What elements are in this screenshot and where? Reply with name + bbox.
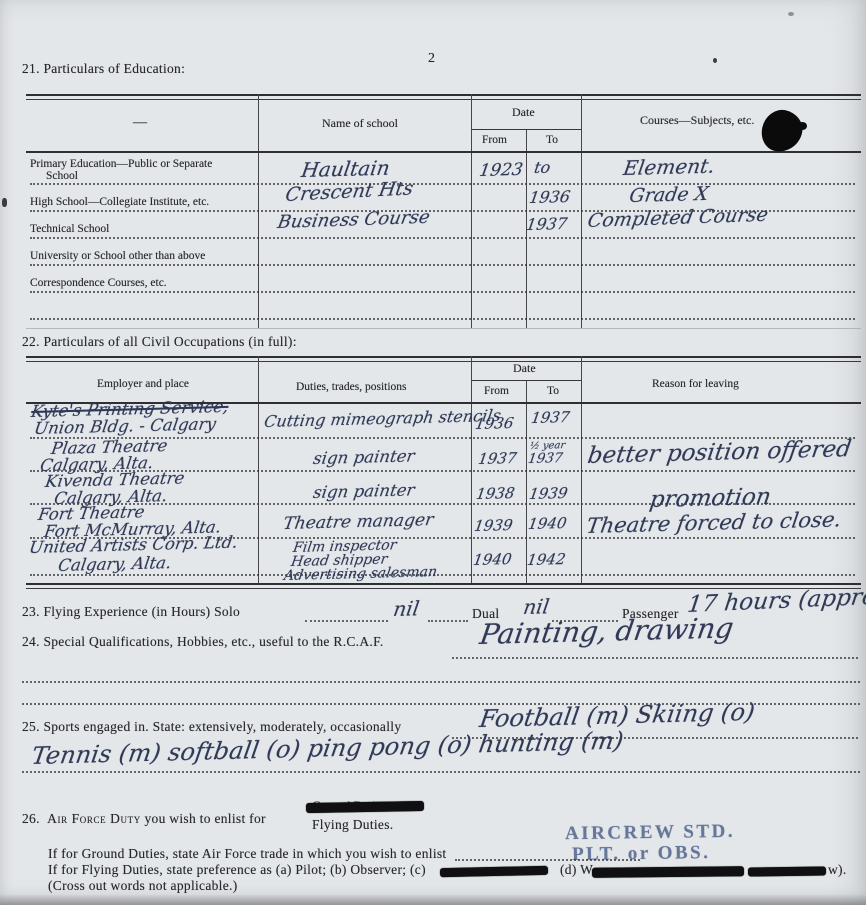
hw-duties5-line3: Advertising salesman	[283, 565, 438, 583]
s24-rule-dots	[22, 681, 860, 683]
occ-header-from: From	[484, 385, 509, 397]
ed-header-school: Name of school	[322, 117, 398, 130]
s26-choice: Flying Duties.	[312, 818, 393, 832]
s25-bottom-dots	[22, 771, 860, 773]
hw-employer1-line2: Union Bldg. - Calgary	[33, 416, 217, 437]
hw-courses-highschool: Grade X	[628, 185, 710, 206]
ink-blot	[758, 106, 806, 155]
occ-header-date: Date	[513, 362, 536, 375]
hw-school-highschool: Crescent Hts	[284, 179, 415, 205]
hw-to4: 1940	[527, 516, 568, 532]
hw-solo-value: nil	[392, 598, 421, 619]
hw-from1: 1936	[474, 416, 515, 432]
ink-speck	[713, 58, 717, 63]
section26-label: 26. Air Force Duty you wish to enlist fo…	[22, 812, 266, 826]
hw-reason2: better position offered	[586, 438, 853, 468]
hw-sports-line2: Tennis (m) softball (o) ping pong (o) hu…	[30, 729, 625, 768]
ed-row-line	[30, 183, 855, 185]
s26-tail-fragment: w).	[828, 863, 847, 877]
hw-date-from-primary: 1923	[478, 162, 524, 180]
hw-courses-technical: Completed Course	[586, 206, 769, 231]
occ-table-bottom-rule	[26, 583, 861, 589]
ed-header-courses: Courses—Subjects, etc.	[640, 114, 754, 127]
ed-row-highschool-label: High School—Collegiate Institute, etc.	[30, 196, 209, 208]
hw-from5: 1940	[472, 552, 513, 568]
s24-dots	[452, 657, 858, 659]
scan-bottom-shadow	[0, 894, 866, 905]
section24-label: 24. Special Qualifications, Hobbies, etc…	[22, 635, 384, 649]
ed-row-primary-label: Primary Education—Public or Separate	[30, 158, 212, 170]
occ-header-to: To	[547, 385, 559, 397]
section22-title: 22. Particulars of all Civil Occupations…	[22, 335, 297, 349]
blackout-bar	[592, 866, 744, 878]
ed-header-dash: —	[133, 116, 147, 131]
blackout-bar	[440, 866, 548, 877]
hw-date-to-technical: 1937	[525, 216, 568, 233]
section23-label: 23. Flying Experience (in Hours) Solo	[22, 605, 240, 619]
section26-label-rest: you wish to enlist for	[141, 811, 266, 826]
s23-dots	[428, 620, 468, 622]
ed-row-line	[30, 318, 855, 320]
hw-employer5-line2: Calgary, Alta.	[57, 555, 173, 574]
hw-from2: 1937	[477, 451, 518, 467]
hw-from4: 1939	[473, 518, 514, 534]
ed-row-primary-label2: School	[46, 170, 78, 182]
hw-duties3: sign painter	[312, 482, 416, 501]
hw-school-technical: Business Course	[276, 209, 431, 232]
ed-table-bottom-line	[26, 328, 861, 329]
occ-header-employer: Employer and place	[97, 378, 189, 390]
ed-row-correspondence-label: Correspondence Courses, etc.	[30, 277, 167, 289]
hw-duties1: Cutting mimeograph stencils	[263, 408, 502, 430]
ed-header-to: To	[546, 134, 558, 146]
ink-speck	[788, 12, 794, 16]
hw-duties4: Theatre manager	[282, 512, 435, 533]
ed-table-top-rule	[26, 94, 861, 100]
hw-dual-value: nil	[522, 596, 551, 617]
hw-courses-primary: Element.	[622, 156, 716, 178]
scanned-enlistment-form-page: 2 21. Particulars of Education: — Name o…	[0, 0, 866, 905]
occ-row-line	[30, 574, 855, 576]
s26-d-fragment: (d) W	[560, 863, 593, 877]
hw-to2: 1937	[527, 452, 564, 466]
section25-label: 25. Sports engaged in. State: extensivel…	[22, 720, 401, 734]
occ-header-reason: Reason for leaving	[652, 378, 739, 390]
section21-title: 21. Particulars of Education:	[22, 62, 185, 76]
s26-flying-line: If for Flying Duties, state preference a…	[48, 863, 426, 877]
hw-reason3: promotion	[648, 486, 772, 512]
hw-reason4: Theatre forced to close.	[585, 509, 843, 537]
section26-label-smallcaps: Air Force Duty	[47, 811, 141, 826]
occ-table-fromto-line	[526, 381, 527, 583]
blackout-bar	[748, 866, 826, 876]
ed-row-university-label: University or School other than above	[30, 250, 205, 262]
ed-header-from: From	[482, 134, 507, 146]
ink-blot	[798, 122, 807, 130]
s26-ground-line: If for Ground Duties, state Air Force tr…	[48, 847, 446, 861]
section26-number: 26.	[22, 811, 40, 826]
page-number: 2	[428, 52, 435, 67]
margin-mark	[2, 198, 7, 207]
hw-school-primary: Haultain	[300, 158, 391, 180]
s26-dots	[455, 859, 640, 861]
ed-row-technical-label: Technical School	[30, 223, 109, 235]
hw-to5: 1942	[526, 552, 567, 568]
occ-table-date-underline	[471, 380, 581, 381]
hw-date-to-primary: to	[533, 160, 552, 176]
ed-row-line	[30, 291, 855, 293]
hw-date-to-highschool: 1936	[528, 189, 571, 206]
hw-from3: 1938	[475, 486, 516, 502]
ed-row-line	[30, 237, 855, 239]
hw-to1: 1937	[530, 410, 571, 426]
blackout-bar	[306, 801, 424, 813]
occ-table-top-rule	[26, 356, 861, 362]
ed-header-date: Date	[512, 106, 535, 119]
ed-table-header-rule	[26, 151, 861, 153]
ed-table-date-underline	[471, 129, 581, 130]
s23-dots	[305, 620, 388, 622]
s26-note: (Cross out words not applicable.)	[48, 879, 238, 893]
hw-duties2: sign painter	[312, 448, 416, 467]
hw-qualifications-value: Painting, drawing	[478, 614, 735, 649]
occ-header-duties: Duties, trades, positions	[296, 381, 407, 393]
hw-to3: 1939	[528, 486, 569, 502]
ed-row-line	[30, 264, 855, 266]
